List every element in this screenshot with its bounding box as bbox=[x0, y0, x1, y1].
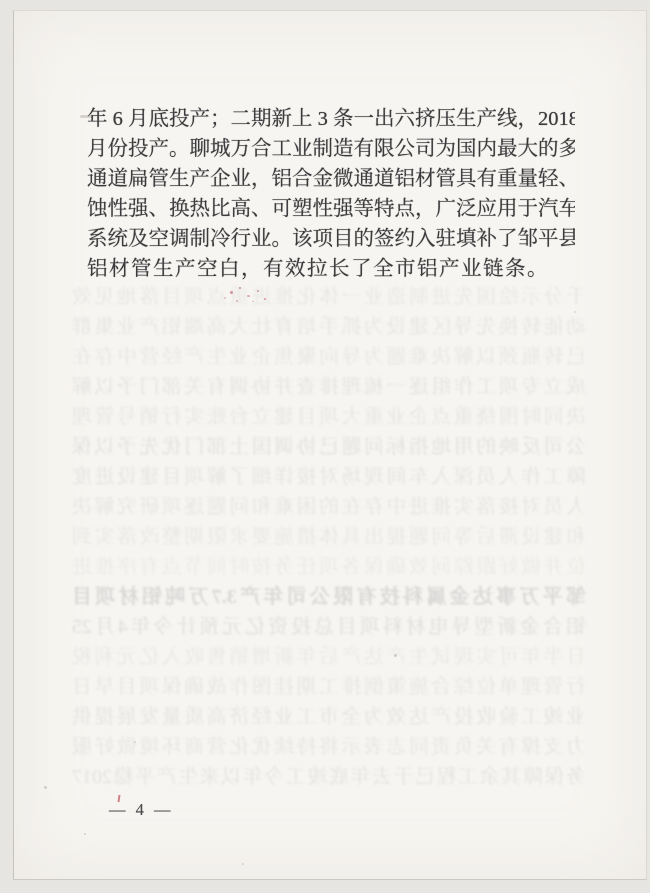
paper-speck bbox=[394, 654, 397, 657]
bleedthrough-line: 位并做好跟踪问效确保各项任务按时间节点有序推进 bbox=[72, 552, 586, 582]
document-page: 年 6 月底投产；二期新上 3 条一出六挤压生产线，2018 年 5 月份投产。… bbox=[13, 10, 647, 880]
body-text-line: 蚀性强、换热比高、可塑性强等特点，广泛应用于汽车交流 bbox=[87, 194, 575, 224]
bleedthrough-line: 障工作人员深入车间现场对接详细了解项目建设进度 bbox=[72, 462, 586, 492]
bleedthrough-line: 公司反映的用地指标问题已协调国土部门优先予以保 bbox=[72, 432, 586, 462]
bleedthrough-line: 日半年可实现试生产达产后年新增销售收入亿元利税 bbox=[72, 642, 586, 672]
paper-speck bbox=[44, 786, 47, 789]
paper-speck bbox=[84, 833, 86, 835]
paper-speck bbox=[134, 741, 136, 743]
body-text-line: 月份投产。聊城万合工业制造有限公司为国内最大的多孔微 bbox=[87, 134, 575, 164]
body-text-block: 年 6 月底投产；二期新上 3 条一出六挤压生产线，2018 年 5 月份投产。… bbox=[87, 104, 575, 284]
bleedthrough-line: 成立专项工作组逐一梳理排查并协调有关部门予以解 bbox=[72, 372, 586, 402]
page-number: — 4 — bbox=[109, 800, 174, 820]
bleedthrough-line: 力支撑有关负责同志表示将持续优化营商环境做好服 bbox=[72, 732, 586, 762]
paper-speck bbox=[242, 863, 244, 865]
bleedthrough-line: 行管理单位综合施策倒排工期挂图作战确保项目早日 bbox=[72, 672, 586, 702]
bleedthrough-line: 邹平万事达金属科技有限公司年产3.7万吨铝材项目 bbox=[72, 582, 586, 612]
bleedthrough-line: 业竣工验收投产达效为全市工业经济高质量发展提供 bbox=[72, 702, 586, 732]
bleedthrough-line: 人员对接落实推进中存在的困难和问题逐项研究解决 bbox=[72, 492, 586, 522]
scan-background: { "document": { "lines": [ "年 6 月底投产；二期新… bbox=[0, 0, 650, 893]
bleedthrough-line: 铝合金新型导电材料项目总投资亿元预计今年4月25 bbox=[72, 612, 586, 642]
body-text-line: 铝材管生产空白，有效拉长了全市铝产业链条。 bbox=[87, 254, 575, 284]
bleedthrough-line: 已转瓶颈以解决难题为导向聚焦企业生产经营中存在 bbox=[72, 342, 586, 372]
bleedthrough-line: 千分示绘国先进制造业一体化推进重点项目落地见效 bbox=[72, 282, 586, 312]
bleedthrough-line: 动能转换先导区建设为抓手培育壮大高端铝产业集群 bbox=[72, 312, 586, 342]
bleedthrough-line: 决同时围绕重点企业重大项目建立台账实行销号管理 bbox=[72, 402, 586, 432]
bleedthrough-text: 千分示绘国先进制造业一体化推进重点项目落地见效 动能转换先导区建设为抓手培育壮大… bbox=[72, 282, 586, 794]
bleedthrough-line: 务保障其余工程已于去年底竣工今年以来生产平稳2017 bbox=[72, 762, 586, 792]
body-text-line: 系统及空调制冷行业。该项目的签约入驻填补了邹平县高档 bbox=[87, 224, 575, 254]
bleedthrough-line: 和建设滞后等问题提出具体措施要求限期整改落实到 bbox=[72, 522, 586, 552]
paper-speck bbox=[574, 311, 576, 313]
body-text-line: 通道扁管生产企业，铝合金微通道铝材管具有重量轻、耐腐 bbox=[87, 164, 575, 194]
body-text-line: 年 6 月底投产；二期新上 3 条一出六挤压生产线，2018 年 5 bbox=[87, 104, 575, 134]
